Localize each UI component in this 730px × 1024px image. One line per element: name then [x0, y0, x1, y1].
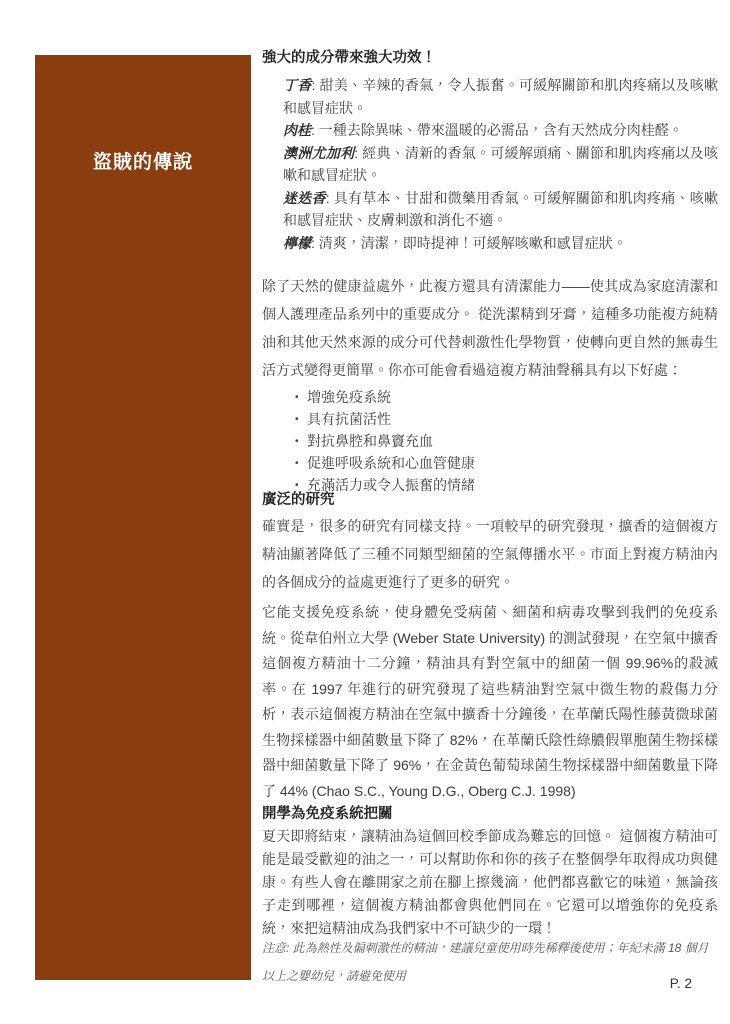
oil-item: 迷迭香: 具有草本、甘甜和微藥用香氣。可緩解關節和肌肉疼痛、咳嗽和感冒症狀、皮膚… [262, 187, 718, 232]
benefit-label: 增強免疫系統 [307, 386, 391, 408]
benefit-item: 促進呼吸系統和心血管健康 [262, 452, 718, 474]
bullet-dot-icon [262, 452, 307, 475]
benefit-list: 增強免疫系統 具有抗菌活性 對抗鼻腔和鼻竇充血 促進呼吸系統和心血管健康 充滿活… [262, 386, 718, 496]
oil-desc: : 具有草本、甘甜和微藥用香氣。可緩解關節和肌肉疼痛、咳嗽和感冒症狀、皮膚刺激和… [283, 190, 718, 229]
paragraph-school: 夏天即將結束，讓精油為這個回校季節成為難忘的回憶。 這個複方精油可能是最受歡迎的… [262, 825, 718, 940]
oil-list: 丁香: 甜美、辛辣的香氣，令人振奮。可緩解關節和肌肉疼痛以及咳嗽和感冒症狀。 肉… [262, 74, 718, 254]
oil-item: 檸檬: 清爽，清潔，即時提神！可緩解咳嗽和感冒症狀。 [262, 232, 718, 255]
oil-item: 澳洲尤加利: 經典、清新的香氣。可緩解頭痛、關節和肌肉疼痛以及咳嗽和感冒症狀。 [262, 142, 718, 187]
benefit-label: 對抗鼻腔和鼻竇充血 [307, 430, 433, 452]
oil-desc: : 一種去除異味、帶來溫暖的必需品，含有天然成分肉桂醛。 [311, 122, 683, 138]
sidebar-title: 盜賊的傳說 [35, 147, 251, 174]
paragraph-research: 確實是，很多的研究有同樣支持。一項較早的研究發現，擴香的這個複方精油顯著降低了三… [262, 512, 718, 596]
oil-item: 丁香: 甜美、辛辣的香氣，令人振奮。可緩解關節和肌肉疼痛以及咳嗽和感冒症狀。 [262, 74, 718, 119]
oil-name: 丁香 [283, 77, 311, 93]
section-heading-research: 廣泛的研究 [262, 490, 718, 510]
oil-item: 肉桂: 一種去除異味、帶來溫暖的必需品，含有天然成分肉桂醛。 [262, 119, 718, 142]
oil-name: 檸檬 [283, 235, 311, 251]
benefit-item: 具有抗菌活性 [262, 408, 718, 430]
document-page: 盜賊的傳說 強大的成分帶來強大功效！ 丁香: 甜美、辛辣的香氣，令人振奮。可緩解… [0, 0, 730, 1024]
benefit-label: 促進呼吸系統和心血管健康 [307, 452, 475, 474]
bullet-dot-icon [262, 430, 307, 453]
oil-name: 肉桂 [283, 122, 311, 138]
section-heading-school: 開學為免疫系統把關 [262, 804, 718, 824]
benefit-item: 增強免疫系統 [262, 386, 718, 408]
paragraph-cleaning: 除了天然的健康益處外，此複方還具有清潔能力——使其成為家庭清潔和個人護理產品系列… [262, 272, 718, 384]
oil-desc: : 甜美、辛辣的香氣，令人振奮。可緩解關節和肌肉疼痛以及咳嗽和感冒症狀。 [283, 77, 718, 116]
sidebar-panel: 盜賊的傳說 [35, 55, 251, 980]
benefit-item: 對抗鼻腔和鼻竇充血 [262, 430, 718, 452]
paragraph-immune: 它能支援免疫系統，使身體免受病菌、細菌和病毒攻擊到我們的免疫系統。從韋伯州立大學… [262, 600, 718, 804]
bullet-dot-icon [262, 408, 307, 431]
oil-name: 迷迭香 [283, 190, 326, 206]
oil-desc: : 清爽，清潔，即時提神！可緩解咳嗽和感冒症狀。 [311, 235, 627, 251]
oil-name: 澳洲尤加利 [283, 145, 354, 161]
page-number: P. 2 [262, 976, 692, 991]
bullet-dot-icon [262, 386, 307, 409]
section-heading-ingredients: 強大的成分帶來強大功效！ [262, 48, 718, 68]
benefit-label: 具有抗菌活性 [307, 408, 391, 430]
